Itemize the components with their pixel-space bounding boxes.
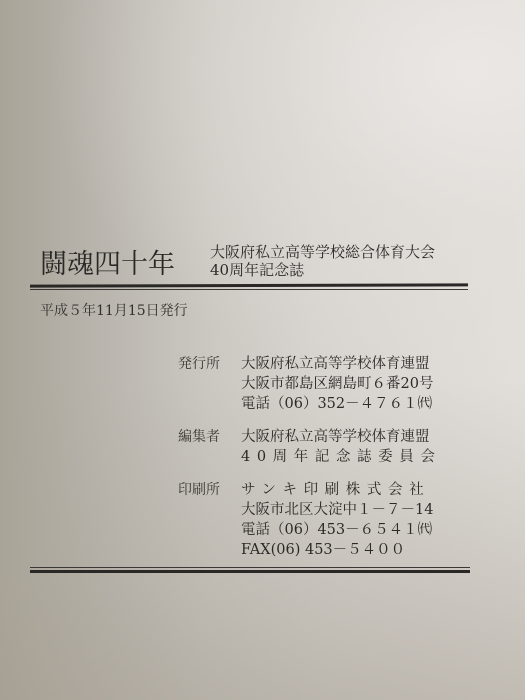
editor-label: 編集者 [178, 427, 241, 467]
rule-thick [30, 283, 468, 287]
subtitle-line-1: 大阪府私立高等学校総合体育大会 [210, 243, 435, 261]
printer-address: 大阪市北区大淀中１－７－14 [241, 500, 433, 520]
colophon-entries: 発行所 大阪府私立高等学校体育連盟 大阪市都島区網島町６番20号 電話（06）3… [178, 354, 441, 573]
publisher-label: 発行所 [178, 354, 241, 414]
publisher-address: 大阪市都島区網島町６番20号 [241, 374, 433, 394]
book-title: 闘魂四十年 [40, 247, 175, 283]
rule-thick [30, 570, 470, 573]
rule-thin [30, 567, 470, 568]
printer-details: サンキ印刷株式会社 大阪市北区大淀中１－７－14 電話（06）453－６５４１㈹… [241, 480, 433, 560]
printer-fax: FAX(06) 453－５４００ [241, 540, 433, 560]
printer-label: 印刷所 [178, 480, 241, 560]
printer-phone: 電話（06）453－６５４１㈹ [241, 520, 433, 540]
subtitle-line-2: 40周年記念誌 [210, 261, 435, 279]
colophon-page: 闘魂四十年 大阪府私立高等学校総合体育大会 40周年記念誌 平成５年11月15日… [0, 0, 525, 700]
publication-date: 平成５年11月15日発行 [40, 302, 188, 320]
printer-name: サンキ印刷株式会社 [241, 480, 433, 500]
publisher-details: 大阪府私立高等学校体育連盟 大阪市都島区網島町６番20号 電話（06）352－４… [241, 354, 433, 414]
book-subtitle: 大阪府私立高等学校総合体育大会 40周年記念誌 [210, 243, 435, 279]
publisher-phone: 電話（06）352－４７６１㈹ [241, 394, 433, 414]
publisher-entry: 発行所 大阪府私立高等学校体育連盟 大阪市都島区網島町６番20号 電話（06）3… [178, 354, 441, 414]
editor-organization: 大阪府私立高等学校体育連盟 [241, 427, 441, 447]
printer-entry: 印刷所 サンキ印刷株式会社 大阪市北区大淀中１－７－14 電話（06）453－６… [178, 480, 441, 560]
top-double-rule [30, 284, 468, 290]
editor-entry: 編集者 大阪府私立高等学校体育連盟 40周年記念誌委員会 [178, 427, 441, 467]
publisher-name: 大阪府私立高等学校体育連盟 [241, 354, 433, 374]
rule-thin [30, 289, 468, 290]
bottom-double-rule [30, 567, 470, 573]
editor-details: 大阪府私立高等学校体育連盟 40周年記念誌委員会 [241, 427, 441, 467]
editor-committee: 40周年記念誌委員会 [241, 447, 441, 467]
